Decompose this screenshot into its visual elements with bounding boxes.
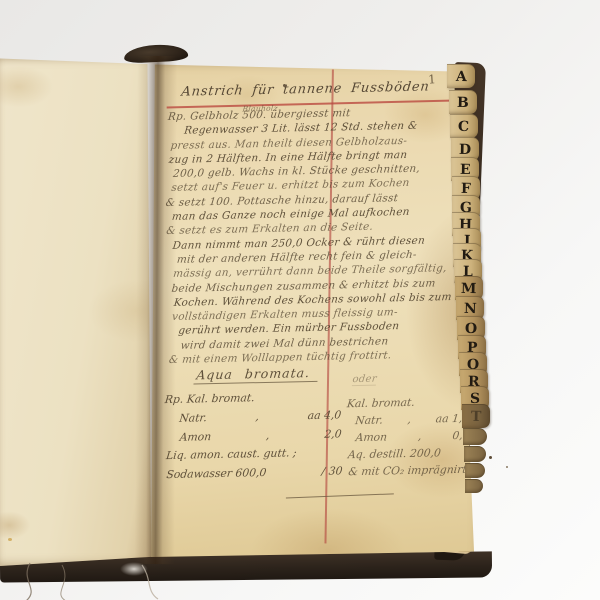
ingredient: Kal. bromat. [346,394,416,412]
separator: , [255,408,260,427]
quantity: / 30 [321,463,344,482]
separator: , [417,428,422,445]
ink-speck [283,84,286,87]
tab-letter: N [463,300,476,316]
ingredient: Natr. [346,411,383,429]
ingredient: Aq. destill. 200,0 [347,444,442,463]
separator [318,444,320,463]
foxing-spot [8,538,12,541]
body-text-block: Rp. Gelbholz 500. übergiesst mitBlauholz… [168,104,455,367]
worn-tab [463,428,487,445]
recipe-row: Sodawasser 600,0/ 30 [165,463,343,486]
section-heading: Aqua bromata. [193,365,318,385]
quantity [340,387,342,406]
index-tab-A: A [447,64,475,88]
ingredient: Sodawasser 600,0 [165,464,267,485]
tab-letter: D [459,141,471,157]
tab-letter: B [457,94,469,110]
worn-tab [465,463,485,478]
alternative-label: oder [352,374,378,387]
dust-speck [506,466,508,468]
dust-speck [489,456,492,459]
separator: , [407,411,412,428]
photo-background: 1 Anstrich für tannene Fussböden Rp. Gel… [0,0,600,600]
ingredient: Amon [165,428,212,448]
tab-letter: A [455,68,466,84]
separator [293,464,295,483]
ingredient: Rp. Kal. bromat. [164,389,256,410]
separator: , [265,426,270,445]
ink-divider-line [286,493,394,498]
separator [441,393,443,410]
tab-letter: T [471,408,482,424]
ingredient: Amon [347,428,388,446]
tab-letter: C [458,118,469,134]
worn-tab [464,446,486,462]
quantity [341,444,343,463]
index-tab-B: B [449,90,477,114]
index-tab-C: C [450,114,478,138]
separator [455,444,457,461]
interline-insert: Blauholz [242,102,279,117]
handwriting-layer: 1 Anstrich für tannene Fussböden Rp. Gel… [0,0,600,600]
ingredient: & mit CO₂ imprägnirt [347,461,467,481]
index-tab-T: T [462,404,490,428]
quantity: 2,0 [323,425,342,444]
quantity: aa 4,0 [307,406,342,426]
separator [297,388,299,407]
recipe-row: & mit CO₂ imprägnirt [347,461,471,481]
ingredient: Natr. [164,409,208,429]
recipe-left-column: Rp. Kal. bromat. Natr.,aa 4,0 Amon,2,0 L… [165,387,343,485]
page-title: Anstrich für tannene Fussböden [181,79,431,99]
worn-tab [465,479,483,493]
recipe-right-column: Kal. bromat. Natr.,aa 1,3 Amon,0,6 Aq. d… [347,393,471,481]
tab-letter: M [461,280,477,296]
